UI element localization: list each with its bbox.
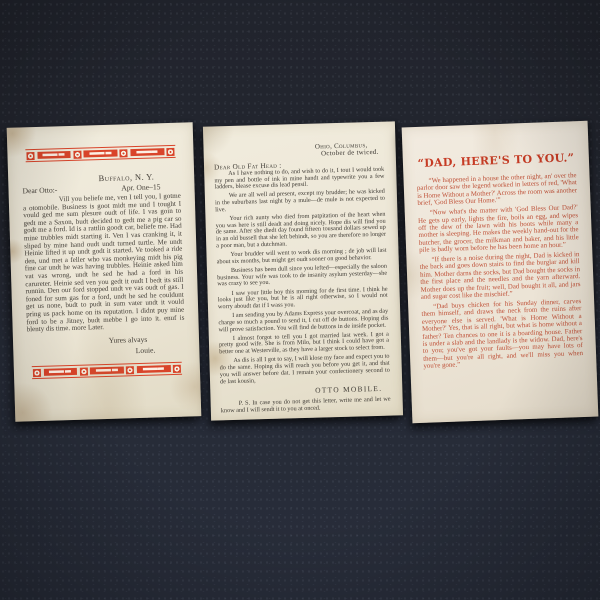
ornament-square-icon [79, 367, 87, 375]
ornament-bar-icon [90, 367, 124, 375]
ornament-square-icon [166, 147, 174, 155]
letter-paragraph: I am sending you by Adams Express your o… [218, 309, 388, 334]
postcard-buffalo-letter: Buffalo, N. Y. Dear Otto:- Apr. One–15 V… [7, 122, 202, 421]
letter-paragraph: “Now what's the matter with 'God Bless O… [418, 204, 580, 254]
ornament-bar-icon [130, 148, 164, 156]
postcard-dad-toast: “DAD, HERE'S TO YOU.” “We happened in a … [402, 121, 599, 424]
ornament-square-icon [126, 366, 134, 374]
letter-paragraph: “We happened in a house the other night,… [416, 172, 577, 207]
ornament-bar-icon [37, 151, 71, 159]
letter-paragraph: As dis is all I got to say, I will klose… [219, 354, 390, 386]
card-title: “DAD, HERE'S TO YOU.” [416, 151, 576, 170]
ornament-square-icon [73, 150, 81, 158]
letter-date: Apr. One–15 [121, 182, 160, 192]
letter-paragraph: We are all well ad present, except my br… [215, 189, 385, 214]
ornament-border-bottom-icon [32, 362, 182, 379]
letter-body: Vill you beliefe me, ven I tell you, I g… [23, 193, 185, 334]
letter-signature: OTTO MOBILE. [220, 383, 390, 397]
ornament-bar-icon [137, 365, 171, 373]
postcard-ohio-letter: Ohio, Columbus, October de twiced. Dear … [203, 121, 403, 420]
ornament-border-top-icon [25, 145, 175, 162]
letter-paragraph: I almost forgot to tell you I got marrie… [219, 331, 389, 356]
letter-paragraph: Business has been dull since you lefted—… [217, 264, 387, 289]
ornament-bar-icon [84, 150, 118, 158]
ornament-square-icon [173, 364, 181, 372]
letter-postscript: P. S. In case you do not get this letter… [221, 396, 391, 414]
letter-paragraph: “If there is a noise during the night, D… [419, 251, 581, 301]
letter-paragraph: I saw your little boy this morning for d… [218, 286, 388, 311]
letter-paragraph: “Dad buys chicken for his Sunday dinner,… [421, 298, 583, 370]
letter-body: “We happened in a house the other night,… [416, 172, 583, 370]
letter-paragraph: Your rich aunty who died from patpitatio… [215, 212, 386, 250]
letter-body: As I have nothing to do, and wish to do … [214, 167, 390, 386]
ornament-bar-icon [43, 368, 77, 376]
letter-paragraph: As I have nothing to do, and wish to do … [214, 167, 384, 192]
letter-signature: Louie. [27, 345, 185, 359]
letter-salutation: Dear Otto:- [22, 185, 57, 195]
ornament-square-icon [26, 152, 34, 160]
ornament-square-icon [120, 149, 128, 157]
ornament-square-icon [33, 369, 41, 377]
photo-surface: Buffalo, N. Y. Dear Otto:- Apr. One–15 V… [0, 0, 600, 600]
